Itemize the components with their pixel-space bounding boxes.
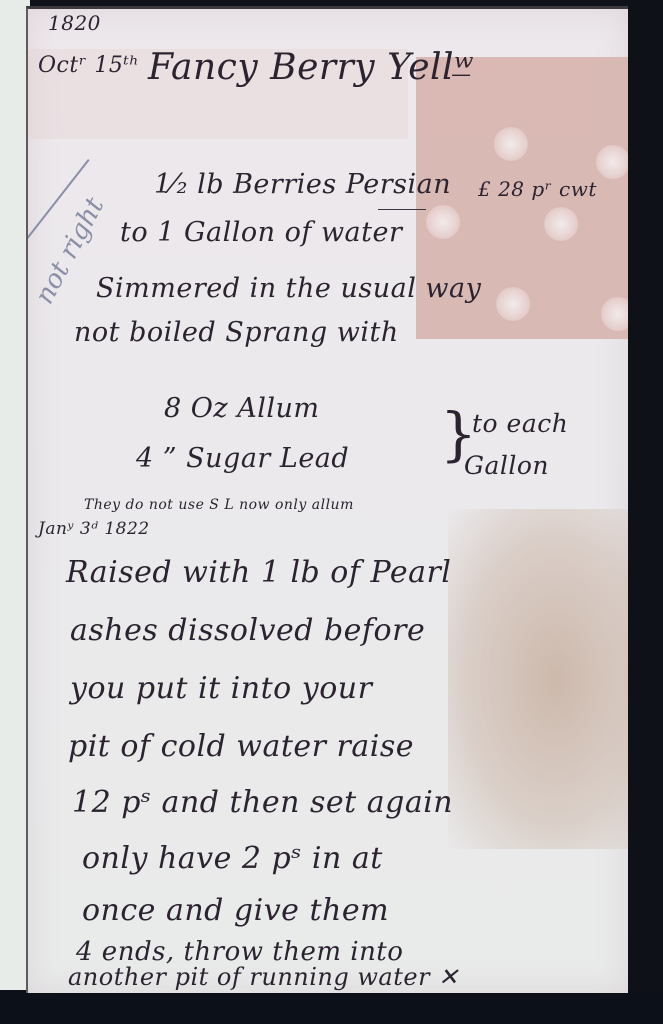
to-each: to each [472, 409, 568, 438]
brown-stain [448, 509, 628, 849]
annotation-date: Janʸ 3ᵈ 1822 [38, 519, 150, 539]
recipe-line: not boiled Sprang with [74, 317, 399, 348]
gallon: Gallon [464, 451, 549, 480]
manuscript-page: 1820 Octʳ 15ᵗʰ Fancy Berry Yellʷ̲ not ri… [26, 6, 628, 993]
process-line: another pit of running water ✕ [68, 963, 459, 991]
process-line: pit of cold water raise [68, 729, 414, 764]
process-line: Raised with 1 lb of Pearl [66, 555, 451, 590]
recipe-title: Fancy Berry Yellʷ̲ [148, 47, 474, 88]
process-line: once and give them [82, 893, 389, 928]
process-line: you put it into your [70, 671, 372, 706]
date: Octʳ 15ᵗʰ [38, 53, 139, 78]
process-line: only have 2 pˢ in at [82, 841, 383, 876]
ingredient-allum: 8 Oz Allum [164, 393, 319, 424]
annotation-note: They do not use S L now only allum [84, 497, 354, 513]
swatch-flower-motif [596, 145, 628, 179]
swatch-flower-motif [496, 287, 530, 321]
ingredient-sugar-lead: 4 ” Sugar Lead [136, 443, 349, 474]
dark-background [0, 990, 663, 1024]
persian-underline [378, 209, 426, 210]
recipe-line: to 1 Gallon of water [120, 217, 402, 248]
swatch-flower-motif [544, 207, 578, 241]
recipe-line: 1⁄₂ lb Berries Persian [154, 169, 451, 200]
swatch-flower-motif [426, 205, 460, 239]
process-line: ashes dissolved before [70, 613, 425, 648]
price-note: £ 28 pʳ cwt [478, 177, 597, 201]
recipe-line: Simmered in the usual way [96, 273, 481, 304]
swatch-flower-motif [494, 127, 528, 161]
year: 1820 [48, 11, 101, 35]
process-line: 12 pˢ and then set again [72, 785, 453, 820]
swatch-flower-motif [601, 297, 628, 331]
